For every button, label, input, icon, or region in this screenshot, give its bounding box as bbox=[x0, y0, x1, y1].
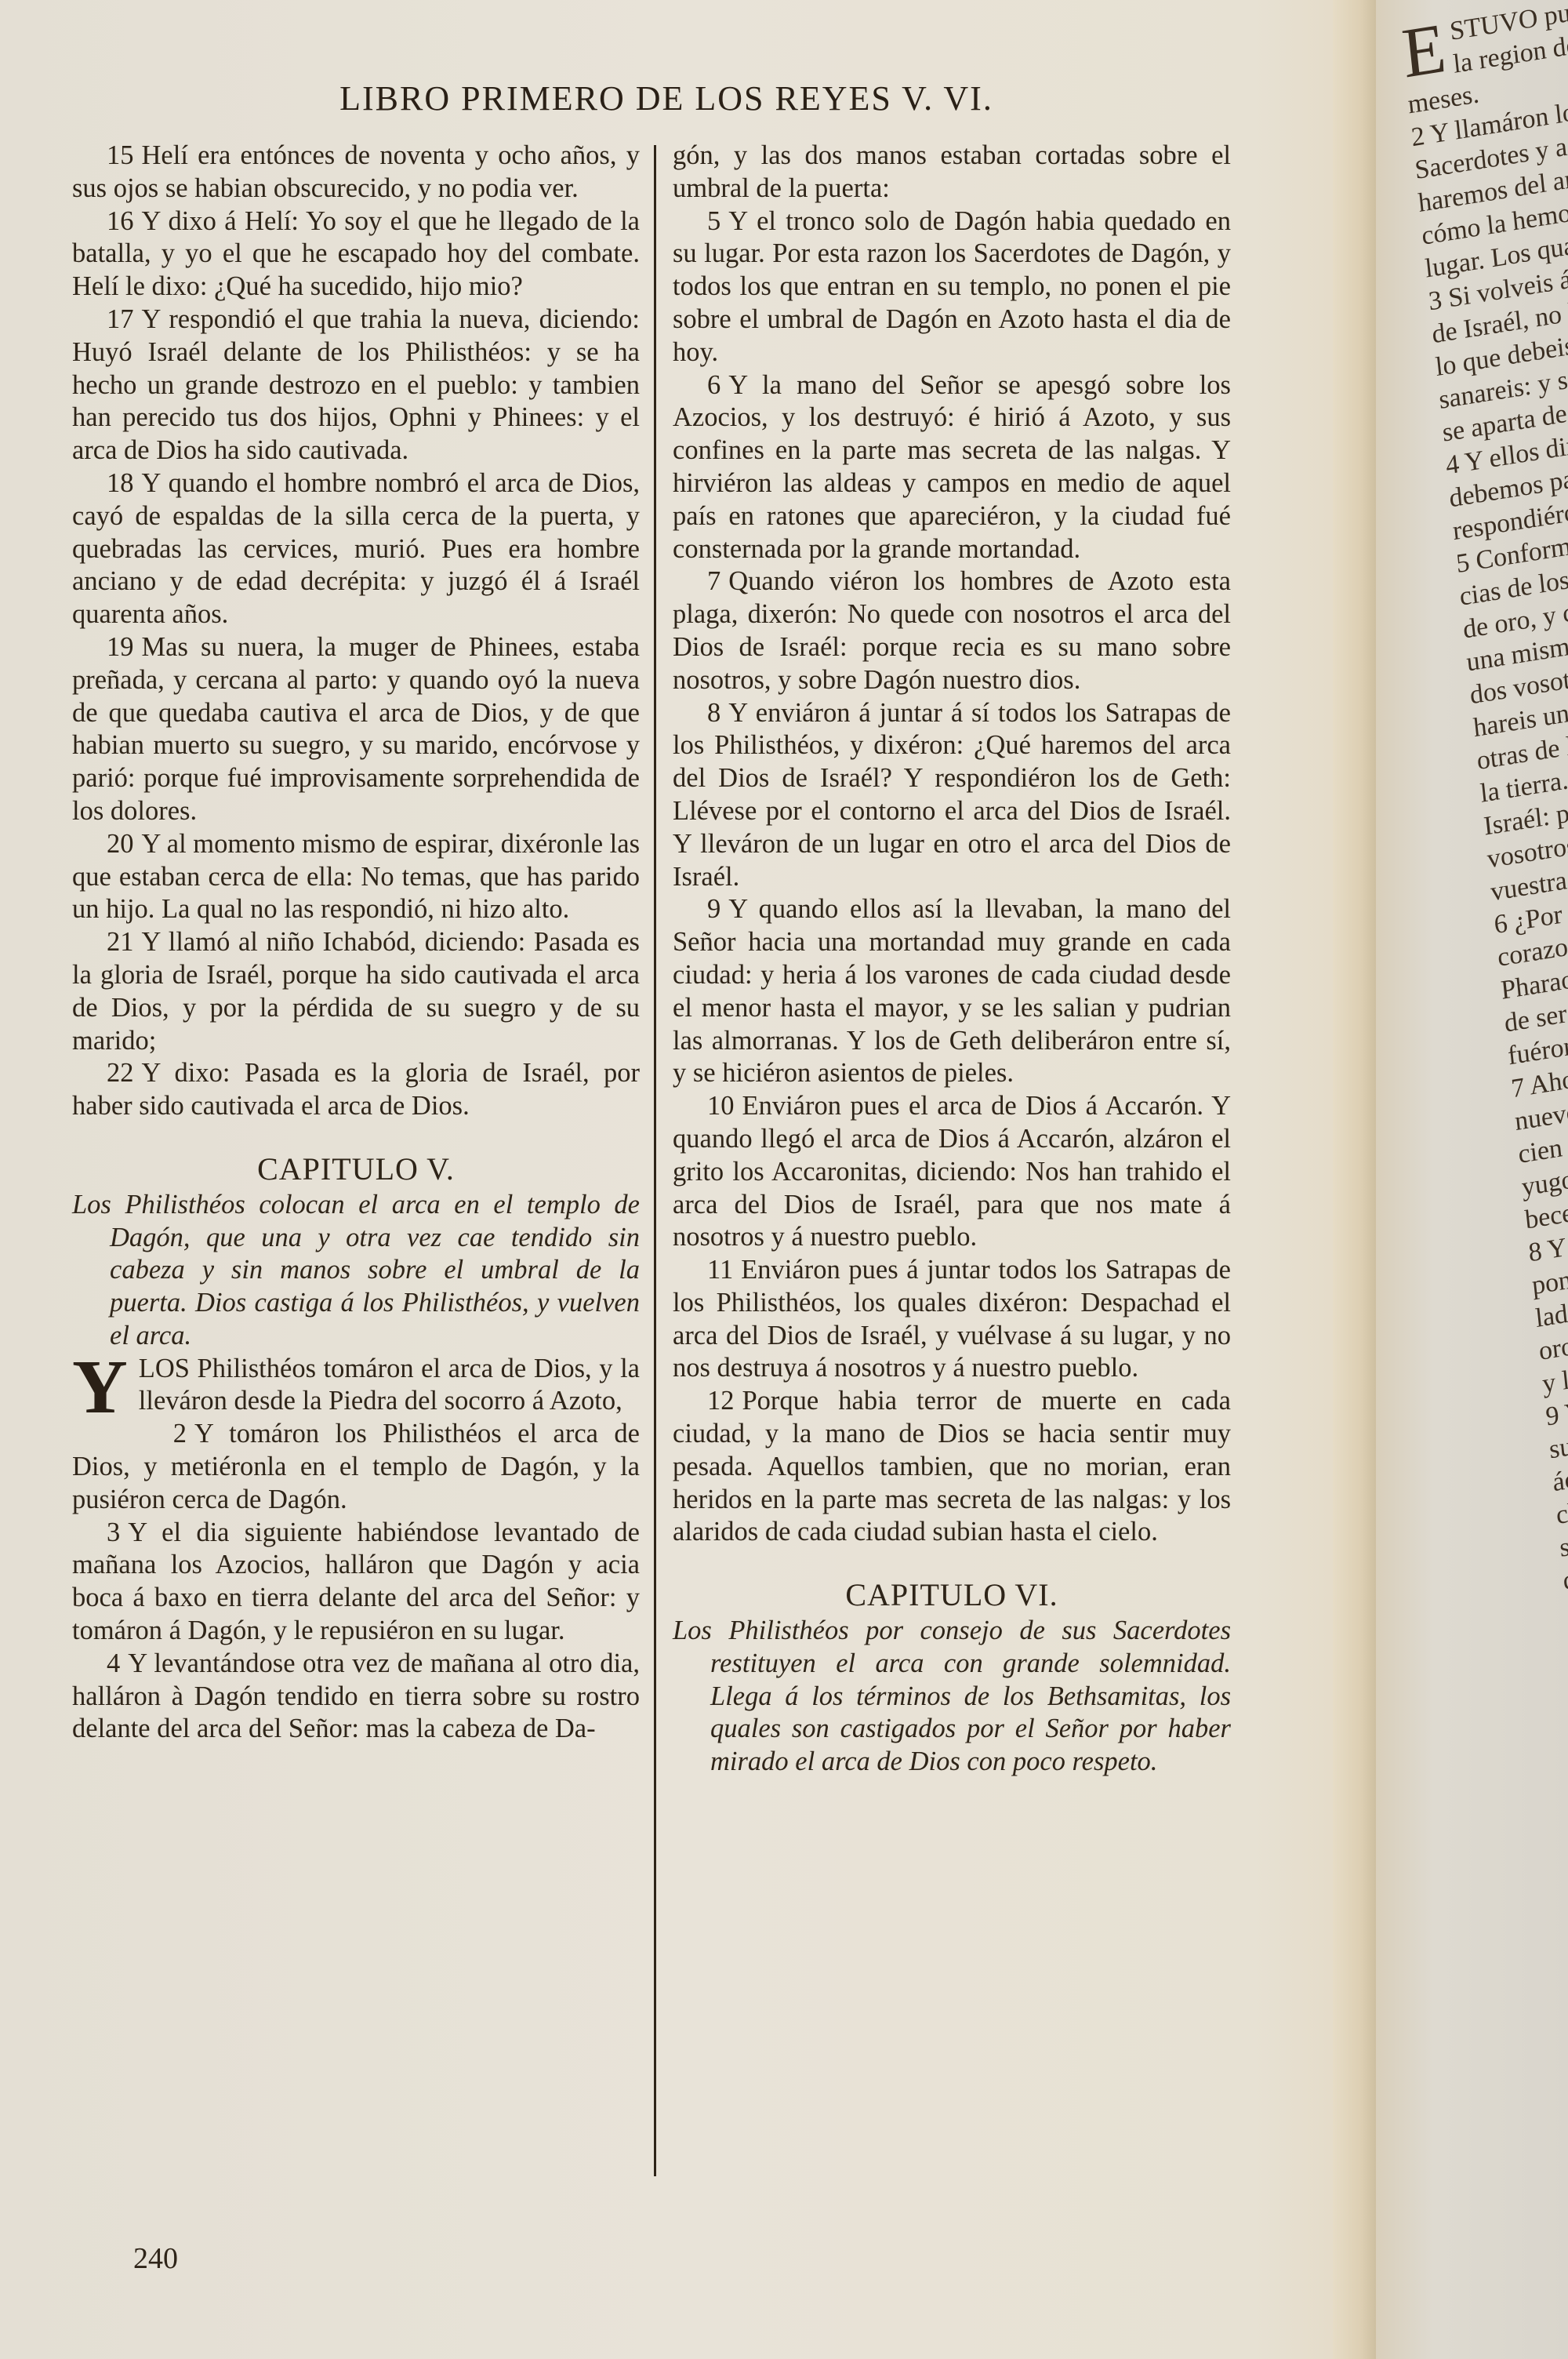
verse: 17Y respondió el que trahia la nueva, di… bbox=[72, 304, 640, 467]
verse-text: Quando viéron los hombres de Azoto esta … bbox=[673, 566, 1231, 694]
verse-number: 2 bbox=[173, 1419, 187, 1448]
verse: 2Y tomáron los Philisthéos el arca de Di… bbox=[72, 1418, 640, 1516]
verse-text: Y el dia siguiente habiéndose levantado … bbox=[72, 1518, 640, 1645]
verse: 12Porque habia terror de muerte en cada … bbox=[673, 1385, 1231, 1549]
verse-number: 9 bbox=[707, 894, 720, 924]
verse-text: Mas su nuera, la muger de Phinees, estab… bbox=[72, 632, 640, 826]
dropcap-letter: Y bbox=[72, 1356, 128, 1419]
verse-text: Helí era entónces de noventa y ocho años… bbox=[72, 140, 640, 203]
verse-number: 10 bbox=[707, 1091, 735, 1121]
verse-number: 5 bbox=[707, 206, 720, 236]
verse: 6Y la mano del Señor se apesgó sobre los… bbox=[673, 369, 1231, 566]
verse-text: Y llamó al niño Ichabód, diciendo: Pasad… bbox=[72, 927, 640, 1055]
verse: 19Mas su nuera, la muger de Phinees, est… bbox=[72, 631, 640, 828]
verse-text: Y dixo á Helí: Yo soy el que he llegado … bbox=[72, 206, 640, 302]
chapter-summary: Los Philisthéos colocan el arca en el te… bbox=[72, 1189, 640, 1353]
verse-text: Y quando el hombre nombró el arca de Dio… bbox=[72, 468, 640, 629]
verse: 10Enviáron pues el arca de Dios á Accaró… bbox=[673, 1090, 1231, 1254]
verse-text: Porque habia terror de muerte en cada ci… bbox=[673, 1386, 1231, 1547]
verse-number: 19 bbox=[107, 632, 134, 662]
verse-text: Y quando ellos así la llevaban, la mano … bbox=[673, 894, 1231, 1088]
verse: 8Y enviáron á juntar á sí todos los Satr… bbox=[673, 697, 1231, 894]
page-number: 240 bbox=[133, 2241, 178, 2276]
chapter-heading: CAPITULO VI. bbox=[673, 1579, 1231, 1612]
verse-text: Y levantándose otra vez de mañana al otr… bbox=[72, 1648, 640, 1744]
chapter-heading: CAPITULO V. bbox=[72, 1153, 640, 1186]
verse: 20Y al momento mismo de espirar, dixéron… bbox=[72, 828, 640, 926]
verse-text: Y al momento mismo de espirar, dixéronle… bbox=[72, 829, 640, 925]
verse-text: Y la mano del Señor se apesgó sobre los … bbox=[673, 370, 1231, 564]
book-gutter bbox=[1333, 0, 1380, 2359]
verse-number: 11 bbox=[707, 1255, 733, 1285]
verse-number: 6 bbox=[707, 370, 720, 400]
right-text-column: gón, y las dos manos estaban cortadas so… bbox=[673, 140, 1231, 1779]
verse: 21Y llamó al niño Ichabód, diciendo: Pas… bbox=[72, 926, 640, 1057]
verse: 3Y el dia siguiente habiéndose levantado… bbox=[72, 1517, 640, 1648]
verse-number: 18 bbox=[107, 468, 134, 498]
verse-text: Y enviáron á juntar á sí todos los Satra… bbox=[673, 698, 1231, 892]
verse-number: 7 bbox=[707, 566, 720, 596]
facing-page-text: E STUVO pues el arla region de losmeses.… bbox=[1399, 0, 1568, 2123]
verse-text: Y el tronco solo de Dagón habia quedado … bbox=[673, 206, 1231, 367]
verse: 7Quando viéron los hombres de Azoto esta… bbox=[673, 565, 1231, 696]
verse-number: 12 bbox=[707, 1386, 735, 1416]
verse-text: Enviáron pues á juntar todos los Satrapa… bbox=[673, 1255, 1231, 1383]
chapter-opening-verse: YLOS Philisthéos tomáron el arca de Dios… bbox=[72, 1353, 640, 1419]
facing-page: E STUVO pues el arla region de losmeses.… bbox=[1376, 0, 1568, 2359]
verse-number: 22 bbox=[107, 1058, 134, 1088]
verse: 22Y dixo: Pasada es la gloria de Israél,… bbox=[72, 1057, 640, 1123]
verse: 18Y quando el hombre nombró el arca de D… bbox=[72, 467, 640, 631]
verse-text: Y tomáron los Philisthéos el arca de Dio… bbox=[72, 1419, 640, 1514]
chapter-summary: Los Philisthéos por consejo de sus Sacer… bbox=[673, 1615, 1231, 1779]
verse-number: 21 bbox=[107, 927, 134, 957]
verse-text: LOS Philisthéos tomáron el arca de Dios,… bbox=[139, 1354, 640, 1416]
verse-text: Enviáron pues el arca de Dios á Accarón.… bbox=[673, 1091, 1231, 1252]
verse-continuation: gón, y las dos manos estaban cortadas so… bbox=[673, 140, 1231, 205]
verse: 15Helí era entónces de noventa y ocho añ… bbox=[72, 140, 640, 205]
verse-number: 8 bbox=[707, 698, 720, 728]
verse-number: 4 bbox=[107, 1648, 120, 1678]
running-head: LIBRO PRIMERO DE LOS REYES V. VI. bbox=[0, 78, 1333, 118]
verse: 4Y levantándose otra vez de mañana al ot… bbox=[72, 1648, 640, 1746]
verse-number: 20 bbox=[107, 829, 134, 859]
verse: 9Y quando ellos así la llevaban, la mano… bbox=[673, 893, 1231, 1090]
verse: 5Y el tronco solo de Dagón habia quedado… bbox=[673, 205, 1231, 369]
facing-dropcap: E bbox=[1399, 16, 1449, 85]
verse-text: Y dixo: Pasada es la gloria de Israél, p… bbox=[72, 1058, 640, 1121]
verse: 11Enviáron pues á juntar todos los Satra… bbox=[673, 1254, 1231, 1385]
verse: 16Y dixo á Helí: Yo soy el que he llegad… bbox=[72, 205, 640, 304]
verse-text: Y respondió el que trahia la nueva, dici… bbox=[72, 304, 640, 465]
column-divider-rule bbox=[654, 145, 656, 2176]
verse-number: 16 bbox=[107, 206, 134, 236]
verse-number: 15 bbox=[107, 140, 134, 170]
verse-number: 17 bbox=[107, 304, 134, 334]
verse-number: 3 bbox=[107, 1518, 120, 1547]
left-text-column: 15Helí era entónces de noventa y ocho añ… bbox=[72, 140, 640, 1746]
